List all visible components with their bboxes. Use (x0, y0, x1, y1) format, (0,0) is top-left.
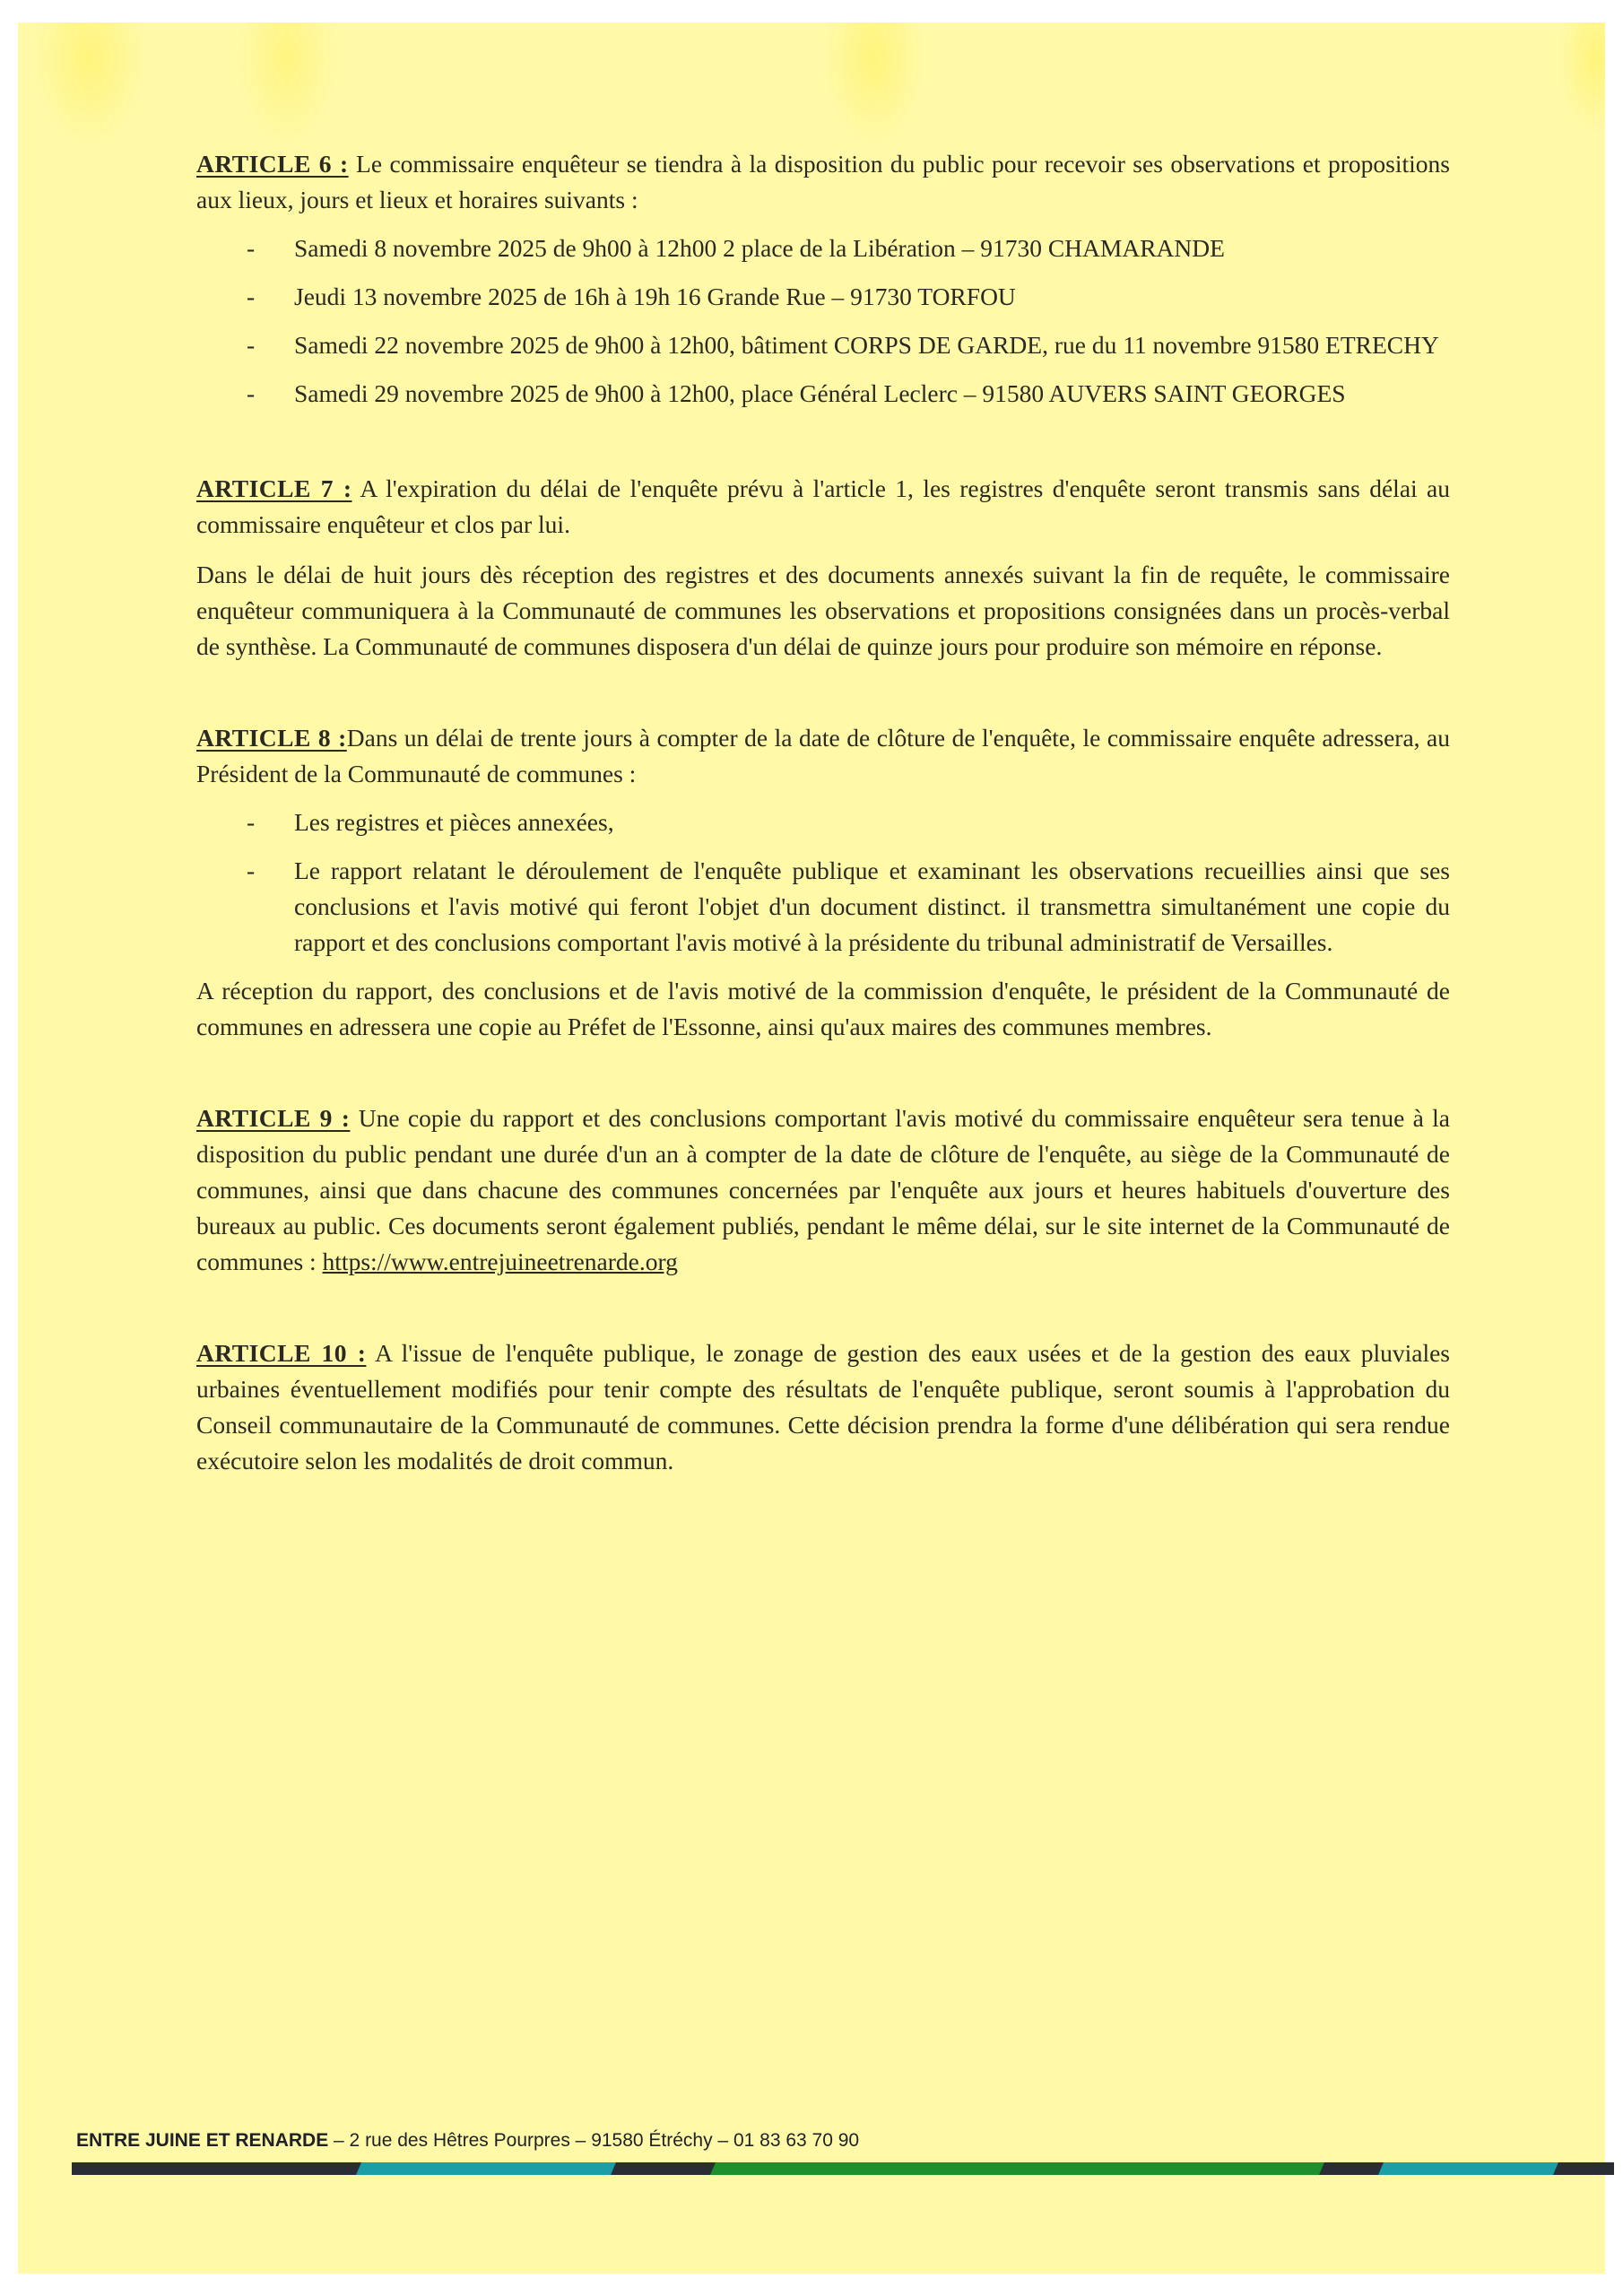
list-item-text: Samedi 22 novembre 2025 de 9h00 à 12h00,… (294, 331, 1439, 359)
dash-bullet-icon: - (247, 230, 255, 266)
list-item: -Samedi 29 novembre 2025 de 9h00 à 12h00… (196, 376, 1450, 412)
dash-bullet-icon: - (247, 804, 255, 840)
article-10-text: A l'issue de l'enquête publique, le zona… (196, 1339, 1450, 1474)
stripe-segment (72, 2162, 361, 2175)
list-item: -Les registres et pièces annexées, (196, 804, 1450, 840)
list-item: -Jeudi 13 novembre 2025 de 16h à 19h 16 … (196, 279, 1450, 315)
list-item-text: Samedi 29 novembre 2025 de 9h00 à 12h00,… (294, 379, 1346, 407)
footer-organization: ENTRE JUINE ET RENARDE (76, 2130, 328, 2151)
article-8-list: -Les registres et pièces annexées, -Le r… (196, 804, 1450, 961)
article-6-label: ARTICLE 6 : (196, 150, 349, 178)
footer-details: – 2 rue des Hêtres Pourpres – 91580 Étré… (328, 2130, 859, 2151)
dash-bullet-icon: - (247, 853, 255, 889)
article-9: ARTICLE 9 : Une copie du rapport et des … (196, 1100, 1450, 1280)
article-8-paragraph: A réception du rapport, des conclusions … (196, 973, 1450, 1045)
article-7-intro: ARTICLE 7 : A l'expiration du délai de l… (196, 471, 1450, 543)
article-9-label: ARTICLE 9 : (196, 1104, 350, 1132)
list-item: -Samedi 22 novembre 2025 de 9h00 à 12h00… (196, 327, 1450, 363)
dash-bullet-icon: - (247, 327, 255, 363)
list-item: -Le rapport relatant le déroulement de l… (196, 853, 1450, 961)
article-7: ARTICLE 7 : A l'expiration du délai de l… (196, 471, 1450, 665)
article-8-label: ARTICLE 8 : (196, 724, 347, 752)
article-8-text: Dans un délai de trente jours à compter … (196, 724, 1450, 787)
article-8: ARTICLE 8 :Dans un délai de trente jours… (196, 720, 1450, 1045)
stripe-segment (1319, 2162, 1384, 2175)
dash-bullet-icon: - (247, 376, 255, 412)
article-7-label: ARTICLE 7 : (196, 474, 352, 502)
list-item-text: Samedi 8 novembre 2025 de 9h00 à 12h00 2… (294, 234, 1225, 262)
article-8-intro: ARTICLE 8 :Dans un délai de trente jours… (196, 720, 1450, 792)
article-9-intro: ARTICLE 9 : Une copie du rapport et des … (196, 1100, 1450, 1280)
stripe-segment (611, 2162, 716, 2175)
article-10: ARTICLE 10 : A l'issue de l'enquête publ… (196, 1335, 1450, 1479)
list-item-text: Jeudi 13 novembre 2025 de 16h à 19h 16 G… (294, 283, 1016, 310)
document-body: ARTICLE 6 : Le commissaire enquêteur se … (196, 146, 1450, 1479)
article-7-text: A l'expiration du délai de l'enquête pré… (196, 474, 1450, 538)
footer-color-stripe (72, 2162, 1614, 2175)
list-item: -Samedi 8 novembre 2025 de 9h00 à 12h00 … (196, 230, 1450, 266)
stripe-segment (356, 2162, 616, 2175)
footer-address: ENTRE JUINE ET RENARDE – 2 rue des Hêtre… (76, 2130, 859, 2152)
article-6: ARTICLE 6 : Le commissaire enquêteur se … (196, 146, 1450, 412)
website-link[interactable]: https://www.entrejuineetrenarde.org (323, 1248, 678, 1275)
stripe-segment (710, 2162, 1324, 2175)
stripe-segment (1553, 2162, 1614, 2175)
list-item-text: Les registres et pièces annexées, (294, 808, 614, 836)
article-6-intro: ARTICLE 6 : Le commissaire enquêteur se … (196, 146, 1450, 218)
article-7-paragraph: Dans le délai de huit jours dès réceptio… (196, 557, 1450, 665)
article-10-label: ARTICLE 10 : (196, 1339, 366, 1367)
dash-bullet-icon: - (247, 279, 255, 315)
stripe-segment (1378, 2162, 1558, 2175)
article-10-intro: ARTICLE 10 : A l'issue de l'enquête publ… (196, 1335, 1450, 1479)
article-6-text: Le commissaire enquêteur se tiendra à la… (196, 150, 1450, 213)
list-item-text: Le rapport relatant le déroulement de l'… (294, 857, 1450, 956)
article-6-schedule-list: -Samedi 8 novembre 2025 de 9h00 à 12h00 … (196, 230, 1450, 412)
